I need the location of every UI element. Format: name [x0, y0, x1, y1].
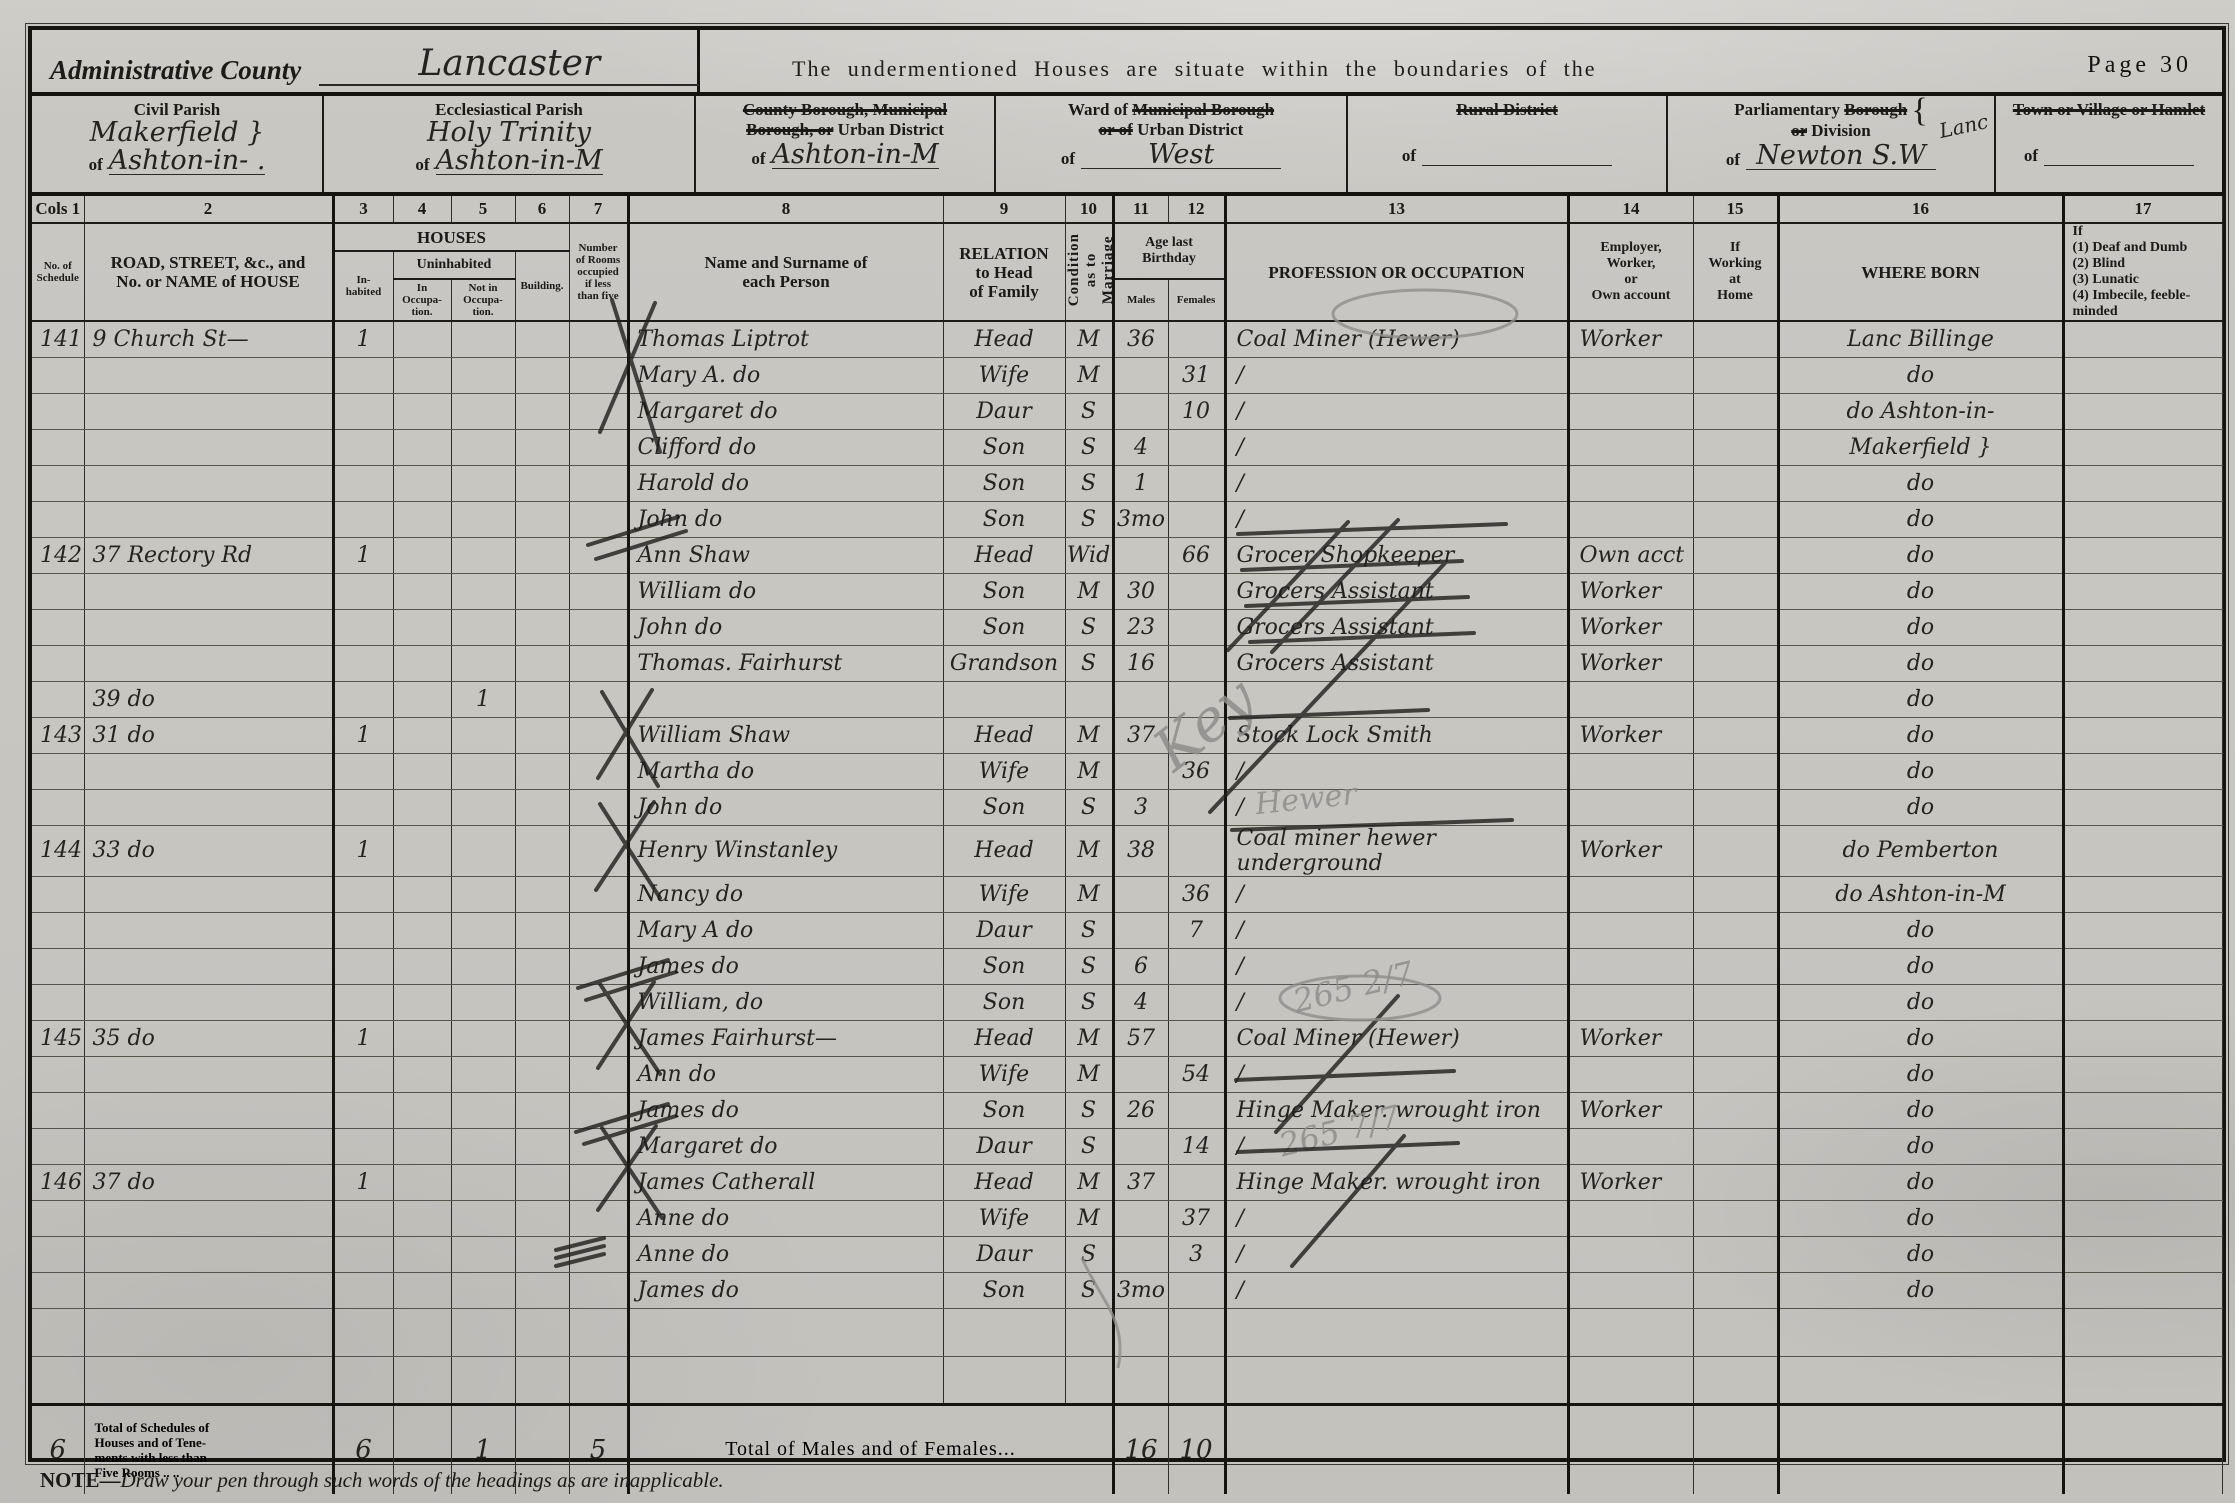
page-value: 30 [2160, 52, 2192, 78]
cell-in-occupation [393, 1200, 451, 1236]
cell-not-in-occupation [451, 717, 515, 753]
cell-rooms [569, 912, 628, 948]
cell-infirmity [2063, 948, 2222, 984]
top-band: Administrative County Lancaster The unde… [32, 30, 2222, 96]
cell-occupation [1225, 681, 1568, 717]
cell-age-male: 30 [1113, 573, 1168, 609]
cell-relation: Daur [943, 393, 1065, 429]
cell-schedule [32, 429, 84, 465]
cell-inhabited [333, 609, 393, 645]
cell-in-occupation [393, 948, 451, 984]
cell-relation: Son [943, 789, 1065, 825]
table-row: Anne doDaurS3do [32, 1236, 2222, 1272]
col-num: 5 [451, 196, 515, 223]
cell-rooms [569, 717, 628, 753]
cell-not-in-occupation [451, 609, 515, 645]
cell-occupation [1225, 1236, 1568, 1272]
ward-title-struck1: Municipal Borough [1132, 100, 1274, 119]
cell-rooms [569, 1092, 628, 1128]
cell-age-female: 14 [1168, 1128, 1225, 1164]
cell-building [515, 1272, 569, 1308]
cell-age-female: 37 [1168, 1200, 1225, 1236]
cell-age-female: 36 [1168, 876, 1225, 912]
cell-schedule: 145 [32, 1020, 84, 1056]
cell-at-home [1693, 393, 1778, 429]
table-row: Mary A doDaurS7do [32, 912, 2222, 948]
table-row: Ann doWifeM54do [32, 1056, 2222, 1092]
cell-inhabited [333, 984, 393, 1020]
cell-name: William, do [628, 984, 943, 1020]
cell-at-home [1693, 465, 1778, 501]
header-uninhabited: Uninhabited [393, 251, 515, 279]
cell-infirmity [2063, 501, 2222, 537]
cell-at-home [1693, 321, 1778, 357]
cell-age-female [1168, 609, 1225, 645]
cell-employer: Worker [1568, 825, 1693, 876]
rural-district-title: Rural District [1456, 100, 1558, 119]
cell-rooms [569, 1356, 628, 1404]
header-born: WHERE BORN [1778, 223, 2063, 321]
column-numbers-row: Cols 1 2 3 4 5 6 7 8 9 10 11 12 13 14 15… [32, 196, 2222, 223]
cell-at-home [1693, 789, 1778, 825]
cell-in-occupation [393, 645, 451, 681]
cell-not-in-occupation [451, 912, 515, 948]
ecclesiastical-parish-value-line2: Ashton-in-M [436, 148, 603, 175]
cell-road [84, 465, 333, 501]
cell-condition: Wid [1065, 537, 1113, 573]
cell-inhabited [333, 1128, 393, 1164]
cell-rooms [569, 681, 628, 717]
cell-age-male: 57 [1113, 1020, 1168, 1056]
cell-road [84, 1308, 333, 1356]
cell-road [84, 645, 333, 681]
cell-schedule [32, 393, 84, 429]
county-borough-title-struck2: Borough, or [746, 120, 833, 139]
cell-at-home [1693, 357, 1778, 393]
cell-condition: S [1065, 912, 1113, 948]
header-males: Males [1113, 279, 1168, 321]
cell-road [84, 501, 333, 537]
cell-condition: S [1065, 1272, 1113, 1308]
cell-age-female [1168, 1020, 1225, 1056]
cell-where-born: do [1778, 1128, 2063, 1164]
cell-in-occupation [393, 393, 451, 429]
cell-relation: Grandson [943, 645, 1065, 681]
cell-infirmity [2063, 465, 2222, 501]
cell-building [515, 1236, 569, 1272]
cell-infirmity [2063, 429, 2222, 465]
table-row: Thomas. FairhurstGrandsonS16Grocers Assi… [32, 645, 2222, 681]
cell-not-in-occupation [451, 1128, 515, 1164]
cell-condition: S [1065, 501, 1113, 537]
cell-inhabited [333, 1200, 393, 1236]
cell-inhabited [333, 357, 393, 393]
cell-not-in-occupation [451, 753, 515, 789]
cell-road: 31 do [84, 717, 333, 753]
cell-occupation: Grocers Assistant [1225, 645, 1568, 681]
rural-district-box: Rural District of [1348, 96, 1668, 192]
cell-not-in-occupation [451, 1308, 515, 1356]
cell-employer [1568, 501, 1693, 537]
cell-inhabited: 1 [333, 825, 393, 876]
cell-road [84, 357, 333, 393]
header-condition: Condition as to Marriage [1065, 223, 1113, 321]
cell-relation: Head [943, 825, 1065, 876]
cell-building [515, 609, 569, 645]
cell-relation: Head [943, 1020, 1065, 1056]
cell-schedule [32, 753, 84, 789]
cell-occupation [1225, 1356, 1568, 1404]
table-row: William doSonM30Grocers AssistantWorkerd… [32, 573, 2222, 609]
cell-infirmity [2063, 789, 2222, 825]
cell-where-born: do [1778, 1164, 2063, 1200]
cell-name: Nancy do [628, 876, 943, 912]
cell-total-females: 10 [1168, 1404, 1225, 1494]
cell-age-male [1113, 393, 1168, 429]
cell-name: Anne do [628, 1236, 943, 1272]
district-band: Civil Parish Makerfield } of Ashton-in- … [32, 96, 2222, 196]
cell-at-home [1693, 1092, 1778, 1128]
cell-relation [943, 681, 1065, 717]
cell-not-in-occupation [451, 1020, 515, 1056]
cell-inhabited [333, 1092, 393, 1128]
cell-inhabited: 1 [333, 321, 393, 357]
cell-not-in-occupation [451, 876, 515, 912]
cell-relation: Head [943, 321, 1065, 357]
cell-rooms [569, 1308, 628, 1356]
cell-at-home [1693, 1308, 1778, 1356]
cell-at-home [1693, 1356, 1778, 1404]
cell-rooms [569, 1272, 628, 1308]
cell-inhabited [333, 1308, 393, 1356]
cell-where-born: do [1778, 948, 2063, 984]
cell-infirmity [2063, 1164, 2222, 1200]
cell-condition: M [1065, 357, 1113, 393]
cell-rooms [569, 984, 628, 1020]
cell-relation: Daur [943, 1236, 1065, 1272]
cell-occupation [1225, 429, 1568, 465]
cell-road [84, 573, 333, 609]
cell-occupation: Grocers Assistant [1225, 573, 1568, 609]
cell-name: Mary A do [628, 912, 943, 948]
cell-age-male: 38 [1113, 825, 1168, 876]
cell-employer [1568, 1056, 1693, 1092]
parliamentary-title-struck2: or [1791, 121, 1807, 140]
cell-not-in-occupation [451, 429, 515, 465]
cell-inhabited [333, 1236, 393, 1272]
cell-at-home [1693, 609, 1778, 645]
cell-age-male [1113, 1128, 1168, 1164]
cell-condition: S [1065, 429, 1113, 465]
cell-where-born: do [1778, 789, 2063, 825]
table-row: 14331 do1William ShawHeadM37Stock Lock S… [32, 717, 2222, 753]
cell-road [84, 912, 333, 948]
cell-in-occupation [393, 1356, 451, 1404]
cell-occupation [1225, 501, 1568, 537]
cell-infirmity [2063, 321, 2222, 357]
cell-empty [1693, 1404, 1778, 1494]
cell-infirmity [2063, 1200, 2222, 1236]
cell-age-female: 7 [1168, 912, 1225, 948]
cell-schedule [32, 645, 84, 681]
cell-infirmity [2063, 573, 2222, 609]
administrative-county-label: Administrative County [50, 55, 301, 86]
cell-relation: Wife [943, 876, 1065, 912]
cell-occupation [1225, 948, 1568, 984]
cell-age-female: 3 [1168, 1236, 1225, 1272]
cell-at-home [1693, 1200, 1778, 1236]
cell-inhabited [333, 1056, 393, 1092]
cell-building [515, 1200, 569, 1236]
header-road: ROAD, STREET, &c., and No. or NAME of HO… [84, 223, 333, 321]
cell-rooms [569, 1200, 628, 1236]
col-num: 11 [1113, 196, 1168, 223]
cell-empty [1225, 1404, 1568, 1494]
table-row: James doSonS6do [32, 948, 2222, 984]
table-row: 39 do1do [32, 681, 2222, 717]
ward-title-struck2: or of [1099, 120, 1133, 139]
cell-relation: Son [943, 984, 1065, 1020]
cell-in-occupation [393, 501, 451, 537]
cell-age-male: 37 [1113, 717, 1168, 753]
cell-name: James do [628, 948, 943, 984]
cell-employer [1568, 1128, 1693, 1164]
cell-age-male: 3mo [1113, 1272, 1168, 1308]
cell-relation: Son [943, 609, 1065, 645]
cell-relation: Son [943, 573, 1065, 609]
cell-schedule [32, 1128, 84, 1164]
administrative-county-box: Administrative County Lancaster [32, 30, 700, 92]
cell-occupation [1225, 1056, 1568, 1092]
cell-occupation [1225, 876, 1568, 912]
cell-rooms [569, 1236, 628, 1272]
cell-relation: Wife [943, 357, 1065, 393]
county-borough-value: Ashton-in-M [772, 142, 939, 169]
cell-building [515, 717, 569, 753]
cell-in-occupation [393, 573, 451, 609]
cell-infirmity [2063, 537, 2222, 573]
cell-building [515, 357, 569, 393]
cell-age-male [1113, 1356, 1168, 1404]
cell-schedule [32, 1056, 84, 1092]
cell-road [84, 948, 333, 984]
ward-title: Ward of [1068, 100, 1128, 119]
cell-age-male: 3mo [1113, 501, 1168, 537]
cell-employer [1568, 1272, 1693, 1308]
cell-condition: S [1065, 609, 1113, 645]
cell-name: Thomas. Fairhurst [628, 645, 943, 681]
cell-where-born [1778, 1308, 2063, 1356]
cell-infirmity [2063, 393, 2222, 429]
cell-where-born: do [1778, 912, 2063, 948]
cell-in-occupation [393, 1164, 451, 1200]
cell-employer: Own acct [1568, 537, 1693, 573]
cell-not-in-occupation [451, 465, 515, 501]
cell-age-female [1168, 1356, 1225, 1404]
cell-age-male [1113, 681, 1168, 717]
cell-where-born: do [1778, 609, 2063, 645]
footer-note: NOTE—Draw your pen through such words of… [40, 1468, 724, 1493]
cell-road [84, 429, 333, 465]
cell-relation: Head [943, 717, 1065, 753]
col-num: 14 [1568, 196, 1693, 223]
cell-not-in-occupation [451, 573, 515, 609]
cell-infirmity [2063, 984, 2222, 1020]
cell-building [515, 537, 569, 573]
cell-where-born: do Ashton-in- [1778, 393, 2063, 429]
cell-not-in-occupation [451, 825, 515, 876]
header-in-occupation: In Occupa- tion. [393, 279, 451, 321]
cell-relation [943, 1308, 1065, 1356]
cell-not-in-occupation [451, 1092, 515, 1128]
cell-road [84, 1128, 333, 1164]
cell-age-male [1113, 1236, 1168, 1272]
cell-schedule [32, 876, 84, 912]
cell-age-male: 3 [1113, 789, 1168, 825]
cell-inhabited: 1 [333, 717, 393, 753]
cell-inhabited [333, 393, 393, 429]
cell-road [84, 1272, 333, 1308]
header-houses-group: HOUSES [333, 223, 569, 251]
cell-at-home [1693, 876, 1778, 912]
cell-in-occupation [393, 1272, 451, 1308]
brace-glyph: { [1911, 92, 1927, 129]
cell-age-male [1113, 357, 1168, 393]
cell-schedule [32, 912, 84, 948]
cell-infirmity [2063, 825, 2222, 876]
cell-not-in-occupation [451, 537, 515, 573]
of-label: of [1726, 150, 1740, 170]
col-num: 12 [1168, 196, 1225, 223]
cell-name: James do [628, 1272, 943, 1308]
cell-where-born: do [1778, 501, 2063, 537]
cell-rooms [569, 357, 628, 393]
cell-occupation [1225, 465, 1568, 501]
table-row: William, doSonS4do [32, 984, 2222, 1020]
header-rooms: Number of Rooms occupied if less than fi… [569, 223, 628, 321]
cell-where-born: do [1778, 1272, 2063, 1308]
cell-road: 37 Rectory Rd [84, 537, 333, 573]
header-name: Name and Surname of each Person [628, 223, 943, 321]
cell-schedule [32, 948, 84, 984]
cell-age-female: 36 [1168, 753, 1225, 789]
cell-road: 37 do [84, 1164, 333, 1200]
table-row: John doSonS23Grocers AssistantWorkerdo [32, 609, 2222, 645]
cell-name: James Fairhurst— [628, 1020, 943, 1056]
cell-employer [1568, 1236, 1693, 1272]
cell-not-in-occupation: 1 [451, 681, 515, 717]
county-borough-title: Urban District [838, 120, 944, 139]
cell-empty [1568, 1404, 1693, 1494]
cell-building [515, 393, 569, 429]
cell-not-in-occupation [451, 1164, 515, 1200]
cell-schedule [32, 1236, 84, 1272]
cell-occupation [1225, 1272, 1568, 1308]
parliamentary-title: Parliamentary [1734, 100, 1840, 119]
cell-age-female [1168, 681, 1225, 717]
col-num: 9 [943, 196, 1065, 223]
ecclesiastical-parish-box: Ecclesiastical Parish Holy Trinity of As… [324, 96, 696, 192]
cell-condition: S [1065, 1128, 1113, 1164]
cell-age-female [1168, 501, 1225, 537]
cell-age-male: 1 [1113, 465, 1168, 501]
cell-not-in-occupation [451, 501, 515, 537]
cell-in-occupation [393, 681, 451, 717]
cell-inhabited [333, 573, 393, 609]
cell-infirmity [2063, 1128, 2222, 1164]
cell-condition: S [1065, 984, 1113, 1020]
cell-condition: M [1065, 825, 1113, 876]
cell-building [515, 645, 569, 681]
col-num: 17 [2063, 196, 2222, 223]
cell-employer: Worker [1568, 1092, 1693, 1128]
cell-name: John do [628, 609, 943, 645]
cell-road [84, 1236, 333, 1272]
cell-rooms [569, 876, 628, 912]
cell-in-occupation [393, 1056, 451, 1092]
town-village-box: Town or Village or Hamlet of [1996, 96, 2222, 192]
cell-occupation [1225, 1308, 1568, 1356]
cell-at-home [1693, 573, 1778, 609]
cell-building [515, 789, 569, 825]
cell-relation: Son [943, 1272, 1065, 1308]
cell-where-born: do [1778, 1092, 2063, 1128]
cell-schedule: 144 [32, 825, 84, 876]
cell-in-occupation [393, 753, 451, 789]
cell-building [515, 1128, 569, 1164]
cell-employer: Worker [1568, 1164, 1693, 1200]
parliamentary-value: Newton S.W [1746, 143, 1936, 170]
cell-relation: Wife [943, 753, 1065, 789]
cell-infirmity [2063, 753, 2222, 789]
cell-where-born: do [1778, 537, 2063, 573]
cell-occupation: Grocers Assistant [1225, 609, 1568, 645]
cell-building [515, 681, 569, 717]
cell-infirmity [2063, 609, 2222, 645]
cell-name: Anne do [628, 1200, 943, 1236]
table-row: Mary A. doWifeM31do [32, 357, 2222, 393]
cell-building [515, 321, 569, 357]
cell-at-home [1693, 825, 1778, 876]
page-number: Page 30 [2087, 52, 2192, 79]
cell-building [515, 1056, 569, 1092]
table-header: Cols 1 2 3 4 5 6 7 8 9 10 11 12 13 14 15… [32, 196, 2222, 321]
cell-condition [1065, 681, 1113, 717]
cell-not-in-occupation [451, 948, 515, 984]
cell-infirmity [2063, 681, 2222, 717]
table-row: James doSonS3modo [32, 1272, 2222, 1308]
cell-road: 35 do [84, 1020, 333, 1056]
cell-occupation: Coal Miner (Hewer) [1225, 1020, 1568, 1056]
cell-inhabited: 1 [333, 1020, 393, 1056]
cell-occupation [1225, 393, 1568, 429]
cell-infirmity [2063, 645, 2222, 681]
cell-at-home [1693, 1236, 1778, 1272]
col-num: 8 [628, 196, 943, 223]
cell-name: Margaret do [628, 1128, 943, 1164]
cell-schedule [32, 1200, 84, 1236]
col-num: 13 [1225, 196, 1568, 223]
table-row: Anne doWifeM37do [32, 1200, 2222, 1236]
county-borough-box: County Borough, Municipal Borough, or Ur… [696, 96, 996, 192]
cell-relation: Daur [943, 912, 1065, 948]
civil-parish-value-line1: Makerfield } [32, 120, 322, 146]
cell-age-male: 16 [1113, 645, 1168, 681]
cell-age-male: 4 [1113, 429, 1168, 465]
cell-where-born: do Ashton-in-M [1778, 876, 2063, 912]
header-building: Building. [515, 251, 569, 321]
cell-condition: S [1065, 645, 1113, 681]
